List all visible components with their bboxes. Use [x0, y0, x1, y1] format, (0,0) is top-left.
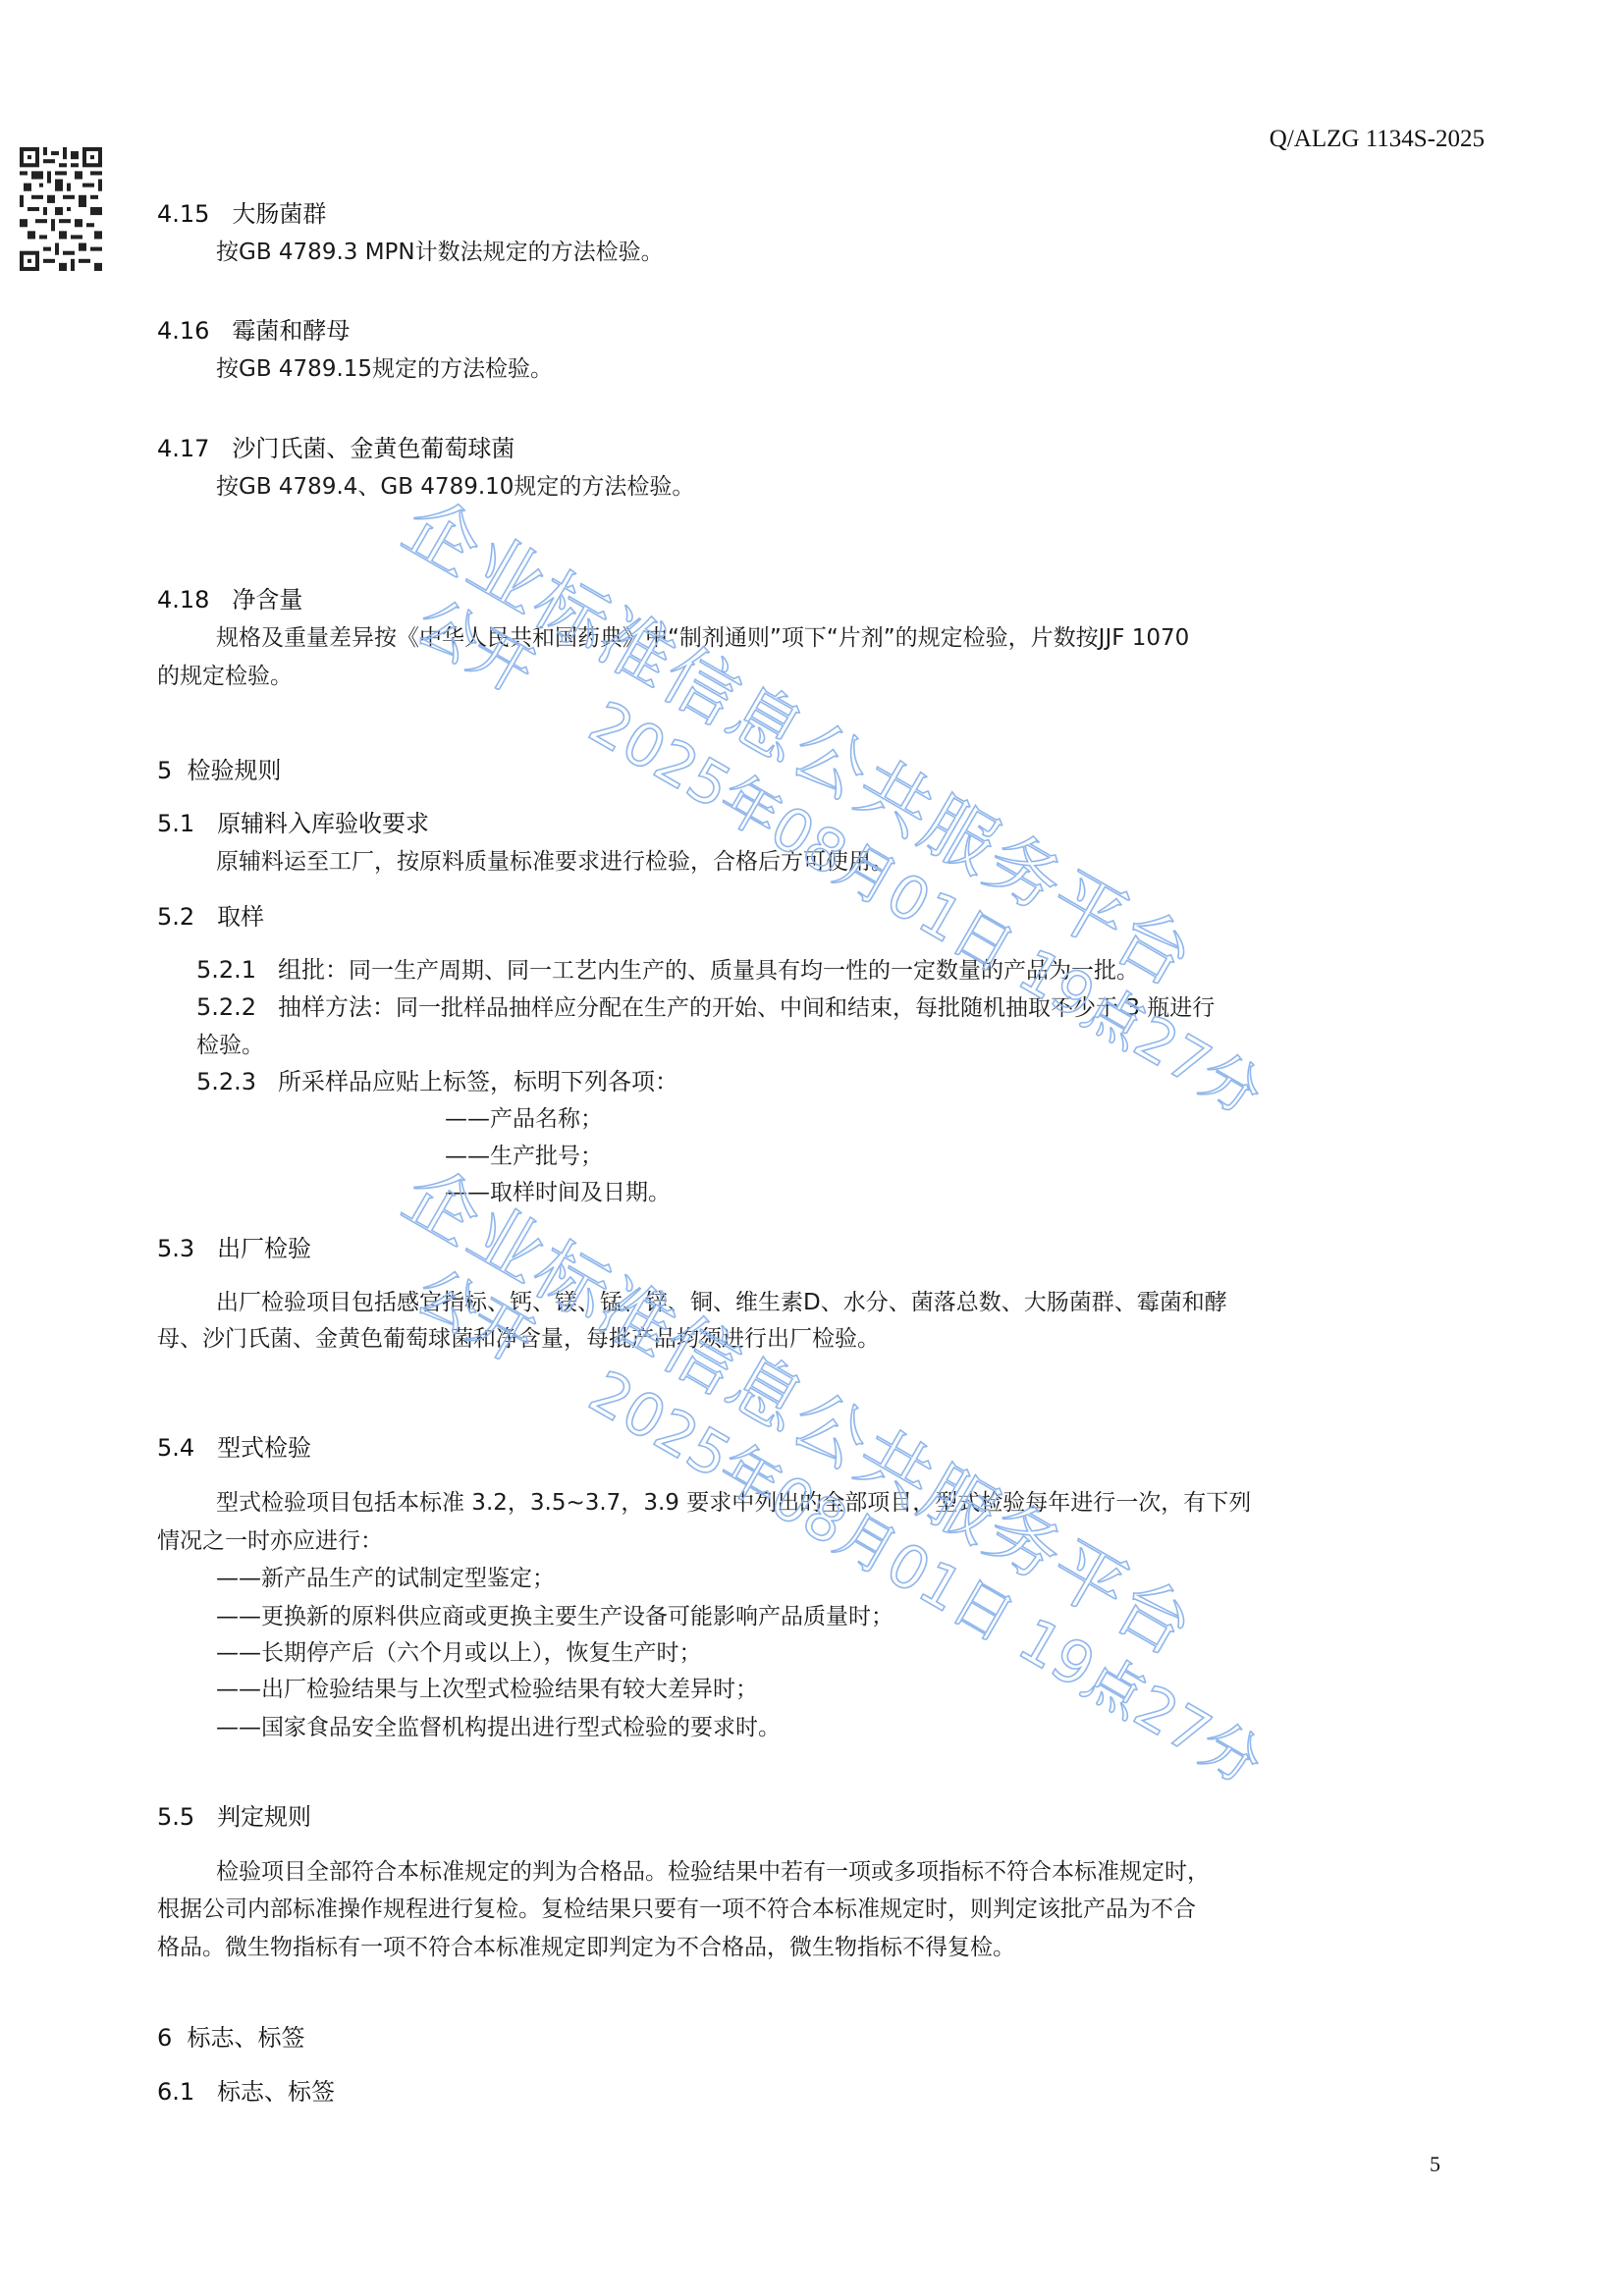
- section-4-15-body: 按GB 4789.3 MPN计数法规定的方法检验。: [216, 238, 664, 267]
- section-title: 检验规则: [188, 757, 282, 784]
- section-5-2-heading: 5.2 取样: [157, 902, 264, 932]
- chapter-5-heading: 5 检验规则: [157, 756, 282, 785]
- section-number: 5.3: [157, 1235, 194, 1262]
- subsection-label: 抽样方法：: [278, 993, 396, 1021]
- section-4-17-body: 按GB 4789.4、GB 4789.10规定的方法检验。: [216, 472, 694, 502]
- section-title: 取样: [217, 903, 264, 931]
- section-number: 4.17: [157, 435, 209, 462]
- condition-item: ——更换新的原料供应商或更换主要生产设备可能影响产品质量时；: [216, 1602, 893, 1631]
- qr-code-icon: [20, 147, 102, 271]
- section-5-4-heading: 5.4 型式检验: [157, 1433, 311, 1463]
- subsection-text: 同一生产周期、同一工艺内生产的、质量具有均一性的一定数量的产品为一批。: [349, 958, 1139, 984]
- section-number: 4.18: [157, 586, 209, 614]
- section-number: 5: [157, 757, 172, 784]
- page-number: 5: [1430, 2152, 1440, 2177]
- section-title: 出厂检验: [217, 1235, 311, 1262]
- subsection-5-2-2-continued: 检验。: [196, 1031, 264, 1060]
- label-item: ——产品名称；: [445, 1104, 603, 1134]
- section-number: 6.1: [157, 2078, 194, 2106]
- subsection-number: 5.2.1: [196, 956, 256, 984]
- section-4-18-heading: 4.18 净含量: [157, 585, 302, 614]
- section-5-5-heading: 5.5 判定规则: [157, 1802, 311, 1832]
- section-title: 判定规则: [217, 1803, 311, 1831]
- section-number: 4.15: [157, 200, 209, 228]
- section-number: 4.16: [157, 317, 209, 345]
- watermark-platform: 企业标准信息公共服务平台: [388, 469, 1216, 1007]
- section-title: 原辅料入库验收要求: [217, 810, 429, 837]
- section-5-4-body-line: 情况之一时亦应进行：: [157, 1526, 383, 1556]
- section-5-5-body-line: 格品。微生物指标有一项不符合本标准规定即判定为不合格品，微生物指标不得复检。: [157, 1933, 1015, 1962]
- condition-item: ——出厂检验结果与上次型式检验结果有较大差异时；: [216, 1675, 758, 1704]
- chapter-6-heading: 6 标志、标签: [157, 2023, 305, 2053]
- subsection-5-2-3: 5.2.3 所采样品应贴上标签，标明下列各项：: [196, 1067, 678, 1097]
- section-5-5-body-line: 根据公司内部标准操作规程进行复检。复检结果只要有一项不符合本标准规定时，则判定该…: [157, 1895, 1196, 1924]
- label-item: ——取样时间及日期。: [445, 1178, 671, 1207]
- section-4-16-heading: 4.16 霉菌和酵母: [157, 316, 350, 346]
- subsection-label: 所采样品应贴上标签，标明下列各项：: [278, 1068, 678, 1095]
- condition-item: ——新产品生产的试制定型鉴定；: [216, 1564, 555, 1593]
- section-title: 型式检验: [217, 1434, 311, 1462]
- watermark-datetime: 2025年08月01日 19点27分: [576, 677, 1279, 1132]
- section-title: 沙门氏菌、金黄色葡萄球菌: [232, 435, 514, 462]
- section-number: 6: [157, 2024, 172, 2052]
- section-5-3-heading: 5.3 出厂检验: [157, 1234, 311, 1263]
- section-4-16-body: 按GB 4789.15规定的方法检验。: [216, 354, 553, 384]
- label-item: ——生产批号；: [445, 1142, 603, 1171]
- section-4-18-body-line: 的规定检验。: [157, 662, 293, 691]
- section-4-17-heading: 4.17 沙门氏菌、金黄色葡萄球菌: [157, 434, 514, 463]
- section-5-4-body-line: 型式检验项目包括本标准 3.2，3.5~3.7，3.9 要求中列出的全部项目，型…: [216, 1488, 1251, 1518]
- section-title: 净含量: [232, 586, 302, 614]
- section-4-18-body-line: 规格及重量差异按《中华人民共和国药典》中“制剂通则”项下“片剂”的规定检验，片数…: [216, 623, 1483, 653]
- subsection-number: 5.2.2: [196, 993, 256, 1021]
- section-title: 霉菌和酵母: [232, 317, 350, 345]
- section-5-1-heading: 5.1 原辅料入库验收要求: [157, 809, 429, 838]
- section-number: 5.1: [157, 810, 194, 837]
- section-5-3-body-line: 出厂检验项目包括感官指标、钙、镁、锰、锌、铜、维生素D、水分、菌落总数、大肠菌群…: [216, 1288, 1227, 1317]
- section-4-15-heading: 4.15 大肠菌群: [157, 199, 326, 229]
- subsection-number: 5.2.3: [196, 1068, 256, 1095]
- section-6-1-heading: 6.1 标志、标签: [157, 2077, 335, 2107]
- section-title: 标志、标签: [188, 2024, 305, 2052]
- section-number: 5.2: [157, 903, 194, 931]
- subsection-5-2-1: 5.2.1 组批：同一生产周期、同一工艺内生产的、质量具有均一性的一定数量的产品…: [196, 955, 1139, 986]
- section-number: 5.4: [157, 1434, 194, 1462]
- section-5-3-body-line: 母、沙门氏菌、金黄色葡萄球菌和净含量，每批产品均须进行出厂检验。: [157, 1324, 880, 1354]
- condition-item: ——国家食品安全监督机构提出进行型式检验的要求时。: [216, 1713, 781, 1742]
- subsection-5-2-2: 5.2.2 抽样方法：同一批样品抽样应分配在生产的开始、中间和结束，每批随机抽取…: [196, 992, 1215, 1023]
- section-title: 大肠菌群: [232, 200, 326, 228]
- subsection-label: 组批：: [278, 956, 349, 984]
- standard-code-header: Q/ALZG 1134S-2025: [1270, 126, 1485, 153]
- section-title: 标志、标签: [217, 2078, 335, 2106]
- condition-item: ——长期停产后（六个月或以上），恢复生产时；: [216, 1638, 702, 1668]
- section-number: 5.5: [157, 1803, 194, 1831]
- section-5-5-body-line: 检验项目全部符合本标准规定的判为合格品。检验结果中若有一项或多项指标不符合本标准…: [216, 1857, 1210, 1887]
- watermark-platform: 企业标准信息公共服务平台: [388, 1139, 1216, 1677]
- subsection-text: 同一批样品抽样应分配在生产的开始、中间和结束，每批随机抽取不少于 3 瓶进行: [396, 995, 1215, 1021]
- section-5-1-body: 原辅料运至工厂，按原料质量标准要求进行检验，合格后方可使用。: [216, 847, 893, 877]
